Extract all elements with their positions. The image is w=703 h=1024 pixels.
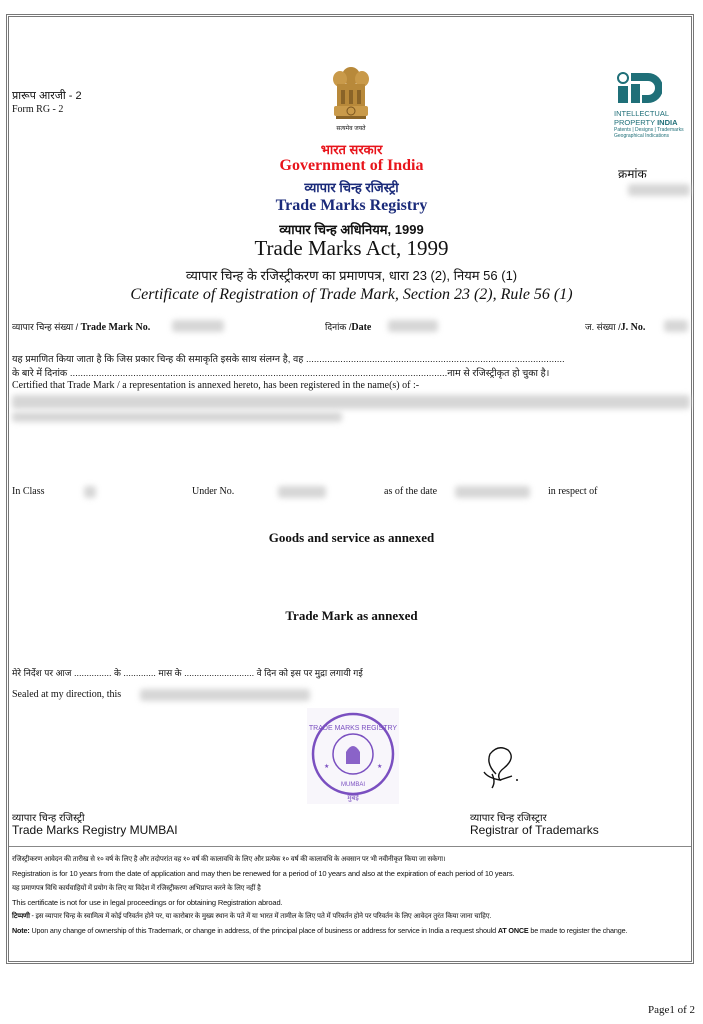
registry-seal-icon: ★ ★ TRADE MARKS REGISTRY MUMBAI मुंबई [307, 708, 399, 804]
note-validity-hindi: रजिस्ट्रीकरण आवेदन की तारीख से १० वर्ष क… [12, 855, 445, 864]
sealed-hindi: मेरे निर्देश पर आज ............... के ..… [12, 666, 363, 679]
act-title: Trade Marks Act, 1999 [0, 236, 703, 261]
serial-label: क्रमांक [618, 165, 647, 182]
registry-hindi-footer: व्यापार चिन्ह रजिस्ट्री [12, 810, 85, 824]
sealed-date-redacted [140, 689, 310, 701]
certification-text: Certified that Trade Mark / a representa… [12, 380, 419, 391]
emblem-motto: सत्यमेव जयते [319, 124, 383, 132]
seal-bottom-hindi: मुंबई [347, 793, 360, 802]
registry-hindi: व्यापार चिन्ह रजिस्ट्री [0, 178, 703, 196]
ip-logo-line2b: INDIA [657, 118, 677, 127]
as-of-date-label: as of the date [384, 486, 437, 497]
government-hindi: भारत सरकार [0, 140, 703, 158]
note-change-hindi: टिप्पणी - इस व्यापार चिन्ह के स्वामित्व … [12, 912, 491, 921]
seal-bottom-english: MUMBAI [341, 782, 365, 788]
ip-logo-line1: INTELLECTUAL [614, 109, 694, 118]
page-number: Page1 of 2 [648, 1004, 695, 1016]
owner-name-redacted [12, 395, 690, 409]
date-label: दिनांक /Date [325, 320, 371, 333]
in-respect-of-label: in respect of [548, 486, 597, 497]
ashoka-emblem-icon: सत्यमेव जयते [325, 62, 377, 138]
registration-date-redacted [455, 486, 530, 498]
note-legal-hindi: यह प्रमाणपत्र विधि कार्यवाहियों में प्रय… [12, 884, 261, 893]
certificate-title: Certificate of Registration of Trade Mar… [0, 286, 703, 304]
certificate-hindi: व्यापार चिन्ह के रजिस्ट्रीकरण का प्रमाणप… [0, 266, 703, 284]
sealed-label: Sealed at my direction, this [12, 689, 121, 700]
form-number-hindi: प्रारूप आरजी - 2 [12, 88, 82, 103]
goods-services-heading: Goods and service as annexed [0, 530, 703, 546]
ip-logo-line4: Geographical Indications [614, 133, 694, 139]
in-class-label: In Class [12, 486, 45, 497]
date-redacted [388, 320, 438, 332]
svg-text:★: ★ [324, 763, 329, 770]
serial-value-redacted [628, 184, 690, 196]
trade-mark-no-redacted [172, 320, 224, 332]
registry-title: Trade Marks Registry [0, 197, 703, 215]
seal-top-english: TRADE MARKS REGISTRY [309, 725, 397, 732]
under-no-redacted [278, 486, 326, 498]
registry-mumbai-label: Trade Marks Registry MUMBAI [12, 823, 178, 837]
registrar-signature-icon [478, 744, 528, 792]
owner-address-redacted [12, 412, 342, 422]
journal-no-label: ज. संख्या /J. No. [585, 320, 645, 333]
note-legal: This certificate is not for use in legal… [12, 898, 282, 907]
certification-hindi-line1: यह प्रमाणित किया जाता है कि जिस प्रकार च… [12, 352, 565, 365]
form-number: Form RG - 2 [12, 104, 63, 115]
ip-logo-line2a: PROPERTY [614, 118, 657, 127]
government-title: Government of India [0, 157, 703, 175]
journal-no-redacted [664, 320, 688, 332]
certification-hindi-line2: के बारे में दिनांक .....................… [12, 366, 549, 379]
under-no-label: Under No. [192, 486, 234, 497]
registrar-label: Registrar of Trademarks [470, 823, 599, 837]
notes-divider [9, 846, 691, 847]
svg-text:★: ★ [377, 763, 382, 770]
note-validity: Registration is for 10 years from the da… [12, 869, 514, 878]
trade-mark-heading: Trade Mark as annexed [0, 608, 703, 624]
class-value-redacted [84, 486, 96, 498]
trade-mark-no-label: व्यापार चिन्ह संख्या / Trade Mark No. [12, 320, 150, 333]
note-change: Note: Upon any change of ownership of th… [12, 926, 627, 935]
ip-india-logo-icon: INTELLECTUAL PROPERTY INDIA Patents | De… [614, 72, 694, 139]
registrar-hindi-label: व्यापार चिन्ह रजिस्ट्रार [470, 810, 547, 824]
